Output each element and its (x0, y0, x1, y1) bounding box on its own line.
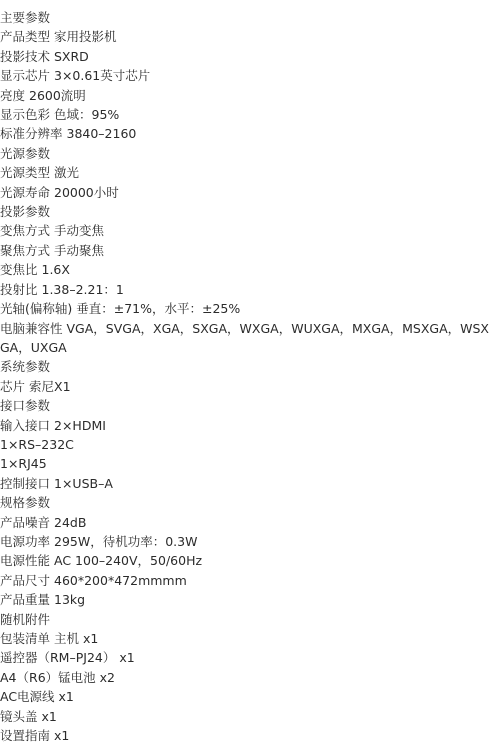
spec-row: 光源寿命20000小时 (0, 183, 500, 202)
spec-row: 标准分辨率3840–2160 (0, 124, 500, 143)
spec-document: 主要参数 产品类型家用投影机 投影技术SXRD 显示芯片3×0.61英寸芯片 亮… (0, 0, 500, 745)
spec-label: 控制接口 (0, 476, 54, 491)
spec-value: 460*200*472mmmm (54, 573, 187, 588)
spec-row: 电源性能AC 100–240V，50/60Hz (0, 551, 500, 570)
spec-row: 显示色彩色域：95% (0, 105, 500, 124)
spec-row: 产品类型家用投影机 (0, 27, 500, 46)
spec-row: 电源功率295W，待机功率：0.3W (0, 532, 500, 551)
section-heading: 系统参数 (0, 357, 500, 376)
spec-value: 色域：95% (54, 107, 119, 122)
spec-label: 光源类型 (0, 165, 54, 180)
spec-value: 激光 (54, 165, 79, 180)
spec-label: 光源寿命 (0, 185, 54, 200)
spec-value: 295W，待机功率：0.3W (54, 534, 197, 549)
spec-label: 输入接口 (0, 418, 54, 433)
section-heading: 主要参数 (0, 8, 500, 27)
spec-value: SXRD (54, 49, 89, 64)
spec-label: 电源功率 (0, 534, 54, 549)
spec-row: 产品噪音24dB (0, 513, 500, 532)
spec-label: 投影技术 (0, 49, 54, 64)
spec-label: 变焦方式 (0, 223, 54, 238)
spec-continuation: 1×RJ45 (0, 454, 500, 473)
spec-row: 投影技术SXRD (0, 47, 500, 66)
spec-label: 标准分辨率 (0, 126, 67, 141)
spec-continuation: 镜头盖 x1 (0, 707, 500, 726)
spec-value: 13kg (54, 592, 85, 607)
spec-label: 产品重量 (0, 592, 54, 607)
spec-row: 产品尺寸460*200*472mmmm (0, 571, 500, 590)
spec-value: 手动聚焦 (54, 243, 104, 258)
section-heading: 投影参数 (0, 202, 500, 221)
spec-label: 产品噪音 (0, 515, 54, 530)
spec-continuation: 1×RS–232C (0, 435, 500, 454)
spec-row: 输入接口2×HDMI (0, 416, 500, 435)
spec-value: 3×0.61英寸芯片 (54, 68, 150, 83)
spec-label: 聚焦方式 (0, 243, 54, 258)
spec-value: 2×HDMI (54, 418, 106, 433)
spec-label: 亮度 (0, 88, 29, 103)
spec-row: 包装清单主机 x1 (0, 629, 500, 648)
spec-label: 投射比 (0, 282, 42, 297)
spec-row: 控制接口1×USB–A (0, 474, 500, 493)
spec-continuation: 遥控器（RM–PJ24） x1 (0, 648, 500, 667)
spec-value: 1.38–2.21：1 (42, 282, 124, 297)
spec-label: 产品类型 (0, 29, 54, 44)
spec-row: 聚焦方式手动聚焦 (0, 241, 500, 260)
spec-value: 垂直：±71%，水平：±25% (76, 301, 240, 316)
spec-value: 1.6X (42, 262, 70, 277)
spec-label: 显示芯片 (0, 68, 54, 83)
spec-row: 芯片索尼X1 (0, 377, 500, 396)
spec-label: 光轴(偏称轴) (0, 301, 76, 316)
section-heading: 接口参数 (0, 396, 500, 415)
spec-row: 产品重量13kg (0, 590, 500, 609)
spec-value: 索尼X1 (29, 379, 71, 394)
spec-label: 电脑兼容性 (0, 321, 67, 336)
spec-value: 24dB (54, 515, 86, 530)
spec-value: 20000小时 (54, 185, 119, 200)
spec-value: 2600流明 (29, 88, 86, 103)
spec-row: 光轴(偏称轴)垂直：±71%，水平：±25% (0, 299, 500, 318)
spec-label: 芯片 (0, 379, 29, 394)
spec-value: 手动变焦 (54, 223, 104, 238)
spec-continuation: AC电源线 x1 (0, 687, 500, 706)
spec-value: 3840–2160 (67, 126, 137, 141)
spec-value: 1×USB–A (54, 476, 113, 491)
section-heading: 规格参数 (0, 493, 500, 512)
spec-label: 变焦比 (0, 262, 42, 277)
spec-row: 光源类型激光 (0, 163, 500, 182)
spec-row: 投射比1.38–2.21：1 (0, 280, 500, 299)
spec-value: VGA，SVGA，XGA，SXGA，WXGA，WUXGA，MXGA，MSXGA，… (0, 321, 489, 355)
spec-row: 电脑兼容性VGA，SVGA，XGA，SXGA，WXGA，WUXGA，MXGA，M… (0, 319, 496, 358)
spec-label: 电源性能 (0, 553, 54, 568)
spec-value: AC 100–240V，50/60Hz (54, 553, 202, 568)
section-heading: 光源参数 (0, 144, 500, 163)
spec-label: 产品尺寸 (0, 573, 54, 588)
spec-label: 包装清单 (0, 631, 54, 646)
spec-value: 家用投影机 (54, 29, 117, 44)
spec-continuation: A4（R6）锰电池 x2 (0, 668, 500, 687)
spec-row: 亮度2600流明 (0, 86, 500, 105)
spec-label: 显示色彩 (0, 107, 54, 122)
spec-continuation: 设置指南 x1 (0, 726, 500, 745)
spec-row: 变焦方式手动变焦 (0, 221, 500, 240)
section-heading: 随机附件 (0, 610, 500, 629)
spec-row: 显示芯片3×0.61英寸芯片 (0, 66, 500, 85)
spec-value: 主机 x1 (54, 631, 98, 646)
spec-row: 变焦比1.6X (0, 260, 500, 279)
